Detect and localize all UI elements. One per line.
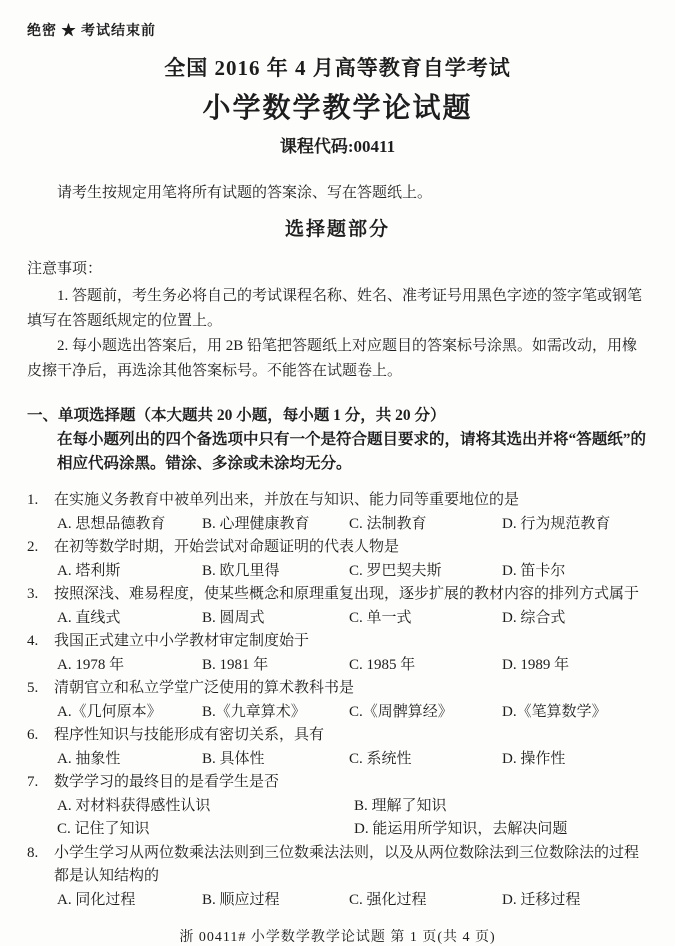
option-d: D. 迁移过程 [502, 889, 648, 913]
question-8: 8. 小学生学习从两位数乘法法则到三位数乘法法则，以及从两位数除法到三位数除法的… [27, 842, 648, 913]
option-b: B. 1981 年 [202, 654, 349, 678]
exam-title: 全国 2016 年 4 月高等教育自学考试 [27, 52, 648, 82]
option-c: C. 罗巴契夫斯 [349, 560, 502, 584]
option-d: D. 操作性 [502, 748, 648, 772]
option-d: D. 笛卡尔 [502, 560, 648, 584]
option-a: A. 1978 年 [57, 654, 202, 678]
option-c: C.《周髀算经》 [349, 701, 502, 725]
question-number: 5. [27, 677, 54, 701]
notice-item-1: 1. 答题前，考生务必将自己的考试课程名称、姓名、准考证号用黑色字迹的签字笔或钢… [27, 284, 648, 334]
option-b: B. 具体性 [202, 748, 349, 772]
question-4: 4. 我国正式建立中小学教材审定制度始于 A. 1978 年 B. 1981 年… [27, 630, 648, 677]
question-2: 2. 在初等数学时期，开始尝试对命题证明的代表人物是 A. 塔利斯 B. 欧几里… [27, 536, 648, 583]
option-row: A. 直线式 B. 圆周式 C. 单一式 D. 综合式 [57, 607, 648, 631]
option-a: A. 思想品德教育 [57, 513, 202, 537]
option-a: A.《几何原本》 [57, 701, 202, 725]
section-instructions: 在每小题列出的四个备选项中只有一个是符合题目要求的，请将其选出并将“答题纸”的相… [57, 428, 648, 476]
option-b: B. 圆周式 [202, 607, 349, 631]
paper-title: 小学数学教学论试题 [27, 86, 648, 126]
option-c: C. 强化过程 [349, 889, 502, 913]
notice-item-2: 2. 每小题选出答案后，用 2B 铅笔把答题纸上对应题目的答案标号涂黑。如需改动… [27, 334, 648, 384]
option-b: B. 理解了知识 [354, 795, 648, 819]
option-a: A. 抽象性 [57, 748, 202, 772]
option-d: D. 1989 年 [502, 654, 648, 678]
question-number: 6. [27, 724, 54, 748]
part-title: 选择题部分 [27, 214, 648, 241]
option-b: B. 心理健康教育 [202, 513, 349, 537]
question-number: 2. [27, 536, 54, 560]
option-c: C. 法制教育 [349, 513, 502, 537]
pre-instruction: 请考生按规定用笔将所有试题的答案涂、写在答题纸上。 [27, 181, 648, 202]
option-b: B. 欧几里得 [202, 560, 349, 584]
question-5: 5. 清朝官立和私立学堂广泛使用的算术教科书是 A.《几何原本》 B.《九章算术… [27, 677, 648, 724]
question-number: 3. [27, 583, 54, 607]
question-stem: 小学生学习从两位数乘法法则到三位数乘法法则，以及从两位数除法到三位数除法的过程都… [54, 842, 648, 889]
question-6: 6. 程序性知识与技能形成有密切关系，具有 A. 抽象性 B. 具体性 C. 系… [27, 724, 648, 771]
option-d: D. 行为规范教育 [502, 513, 648, 537]
option-a: A. 对材料获得感性认识 [57, 795, 354, 819]
question-7: 7. 数学学习的最终目的是看学生是否 A. 对材料获得感性认识 B. 理解了知识… [27, 771, 648, 842]
option-d: D.《笔算数学》 [502, 701, 648, 725]
option-row: A.《几何原本》 B.《九章算术》 C.《周髀算经》 D.《笔算数学》 [57, 701, 648, 725]
option-c: C. 单一式 [349, 607, 502, 631]
section-heading: 一、单项选择题（本大题共 20 小题，每小题 1 分，共 20 分） [27, 404, 648, 428]
question-stem: 我国正式建立中小学教材审定制度始于 [54, 630, 648, 654]
option-b: B. 顺应过程 [202, 889, 349, 913]
question-stem: 程序性知识与技能形成有密切关系，具有 [54, 724, 648, 748]
question-number: 7. [27, 771, 54, 795]
question-3: 3. 按照深浅、难易程度，使某些概念和原理重复出现，逐步扩展的教材内容的排列方式… [27, 583, 648, 630]
question-list: 1. 在实施义务教育中被单列出来，并放在与知识、能力同等重要地位的是 A. 思想… [27, 489, 648, 912]
option-a: A. 同化过程 [57, 889, 202, 913]
option-a: A. 塔利斯 [57, 560, 202, 584]
option-c: C. 1985 年 [349, 654, 502, 678]
option-d: D. 能运用所学知识，去解决问题 [354, 818, 648, 842]
option-row: A. 同化过程 B. 顺应过程 C. 强化过程 D. 迁移过程 [57, 889, 648, 913]
question-stem: 清朝官立和私立学堂广泛使用的算术教科书是 [54, 677, 648, 701]
classification-banner: 绝密 ★ 考试结束前 [27, 20, 648, 40]
question-stem: 在实施义务教育中被单列出来，并放在与知识、能力同等重要地位的是 [54, 489, 648, 513]
question-stem: 数学学习的最终目的是看学生是否 [54, 771, 648, 795]
question-1: 1. 在实施义务教育中被单列出来，并放在与知识、能力同等重要地位的是 A. 思想… [27, 489, 648, 536]
option-row: A. 对材料获得感性认识 B. 理解了知识 C. 记住了知识 D. 能运用所学知… [57, 795, 648, 842]
question-number: 1. [27, 489, 54, 513]
question-stem: 按照深浅、难易程度，使某些概念和原理重复出现，逐步扩展的教材内容的排列方式属于 [54, 583, 648, 607]
section-one: 一、单项选择题（本大题共 20 小题，每小题 1 分，共 20 分） 在每小题列… [27, 404, 648, 476]
course-code: 课程代码:00411 [27, 132, 648, 157]
question-number: 4. [27, 630, 54, 654]
option-row: A. 抽象性 B. 具体性 C. 系统性 D. 操作性 [57, 748, 648, 772]
exam-paper-page: 绝密 ★ 考试结束前 全国 2016 年 4 月高等教育自学考试 小学数学教学论… [0, 0, 675, 946]
option-row: A. 思想品德教育 B. 心理健康教育 C. 法制教育 D. 行为规范教育 [57, 513, 648, 537]
question-stem: 在初等数学时期，开始尝试对命题证明的代表人物是 [54, 536, 648, 560]
option-c: C. 记住了知识 [57, 818, 354, 842]
option-c: C. 系统性 [349, 748, 502, 772]
option-row: A. 塔利斯 B. 欧几里得 C. 罗巴契夫斯 D. 笛卡尔 [57, 560, 648, 584]
option-row: A. 1978 年 B. 1981 年 C. 1985 年 D. 1989 年 [57, 654, 648, 678]
option-b: B.《九章算术》 [202, 701, 349, 725]
question-number: 8. [27, 842, 54, 889]
page-footer: 浙 00411# 小学数学教学论试题 第 1 页(共 4 页) [27, 926, 648, 946]
option-d: D. 综合式 [502, 607, 648, 631]
option-a: A. 直线式 [57, 607, 202, 631]
notice-title: 注意事项： [27, 257, 648, 278]
